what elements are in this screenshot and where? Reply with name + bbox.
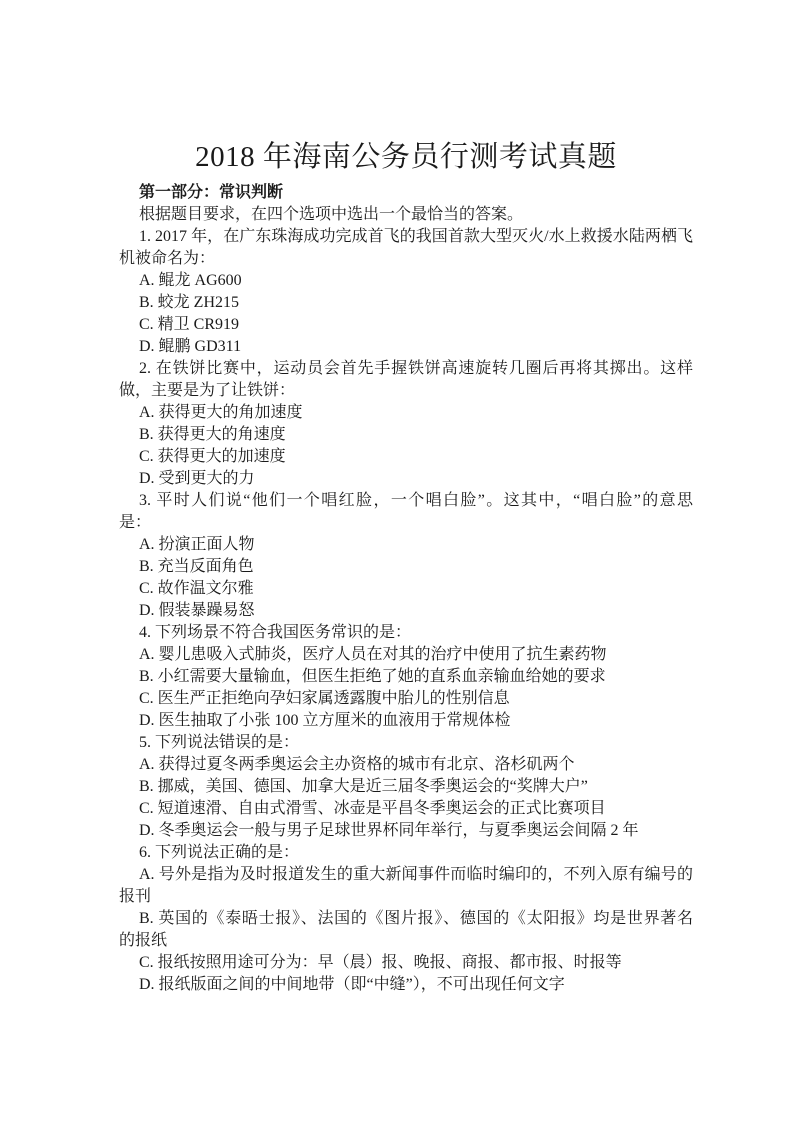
document-title: 2018 年海南公务员行测考试真题 [119, 141, 693, 173]
questions-container: 1. 2017 年，在广东珠海成功完成首飞的我国首款大型灭火/水上救援水陆两栖飞… [119, 226, 693, 996]
option-line: D. 医生抽取了小张 100 立方厘米的血液用于常规体检 [119, 710, 693, 732]
option-line: D. 冬季奥运会一般与男子足球世界杯同年举行，与夏季奥运会间隔 2 年 [119, 820, 693, 842]
option-line: 报刊 [119, 886, 693, 908]
document-body: 第一部分：常识判断 根据题目要求，在四个选项中选出一个最恰当的答案。 1. 20… [119, 182, 693, 996]
option-line: C. 获得更大的加速度 [119, 446, 693, 468]
question-stem-line: 1. 2017 年，在广东珠海成功完成首飞的我国首款大型灭火/水上救援水陆两栖飞 [119, 226, 693, 248]
option-line: C. 精卫 CR919 [119, 314, 693, 336]
option-line: B. 获得更大的角速度 [119, 424, 693, 446]
option-line: B. 英国的《泰晤士报》、法国的《图片报》、德国的《太阳报》均是世界著名 [119, 908, 693, 930]
option-line: B. 挪威，美国、德国、加拿大是近三届冬季奥运会的“奖牌大户” [119, 776, 693, 798]
option-line: A. 获得过夏冬两季奥运会主办资格的城市有北京、洛杉矶两个 [119, 754, 693, 776]
question-stem-line: 做，主要是为了让铁饼： [119, 380, 693, 402]
question-stem-line: 5. 下列说法错误的是： [119, 732, 693, 754]
option-line: C. 医生严正拒绝向孕妇家属透露腹中胎儿的性别信息 [119, 688, 693, 710]
option-line: D. 鲲鹏 GD311 [119, 336, 693, 358]
section-heading: 第一部分：常识判断 [119, 182, 693, 204]
option-line: A. 获得更大的角加速度 [119, 402, 693, 424]
option-line: B. 充当反面角色 [119, 556, 693, 578]
option-line: C. 故作温文尔雅 [119, 578, 693, 600]
question-stem-line: 6. 下列说法正确的是： [119, 842, 693, 864]
question-stem-line: 3. 平时人们说“他们一个唱红脸，一个唱白脸”。这其中，“唱白脸”的意思 [119, 490, 693, 512]
question-stem-line: 是： [119, 512, 693, 534]
document-page: 2018 年海南公务员行测考试真题 第一部分：常识判断 根据题目要求，在四个选项… [0, 0, 793, 1121]
section-instruction: 根据题目要求，在四个选项中选出一个最恰当的答案。 [119, 204, 693, 226]
question-stem-line: 机被命名为： [119, 248, 693, 270]
option-line: B. 小红需要大量输血，但医生拒绝了她的直系血亲输血给她的要求 [119, 666, 693, 688]
option-line: D. 受到更大的力 [119, 468, 693, 490]
option-line: 的报纸 [119, 930, 693, 952]
option-line: C. 短道速滑、自由式滑雪、冰壶是平昌冬季奥运会的正式比赛项目 [119, 798, 693, 820]
option-line: A. 鲲龙 AG600 [119, 270, 693, 292]
option-line: B. 蛟龙 ZH215 [119, 292, 693, 314]
option-line: A. 扮演正面人物 [119, 534, 693, 556]
option-line: A. 婴儿患吸入式肺炎，医疗人员在对其的治疗中使用了抗生素药物 [119, 644, 693, 666]
question-stem-line: 4. 下列场景不符合我国医务常识的是： [119, 622, 693, 644]
option-line: D. 假装暴躁易怒 [119, 600, 693, 622]
question-stem-line: 2. 在铁饼比赛中，运动员会首先手握铁饼高速旋转几圈后再将其掷出。这样 [119, 358, 693, 380]
option-line: A. 号外是指为及时报道发生的重大新闻事件而临时编印的，不列入原有编号的 [119, 864, 693, 886]
option-line: D. 报纸版面之间的中间地带（即“中缝”），不可出现任何文字 [119, 974, 693, 996]
option-line: C. 报纸按照用途可分为：早（晨）报、晚报、商报、都市报、时报等 [119, 952, 693, 974]
